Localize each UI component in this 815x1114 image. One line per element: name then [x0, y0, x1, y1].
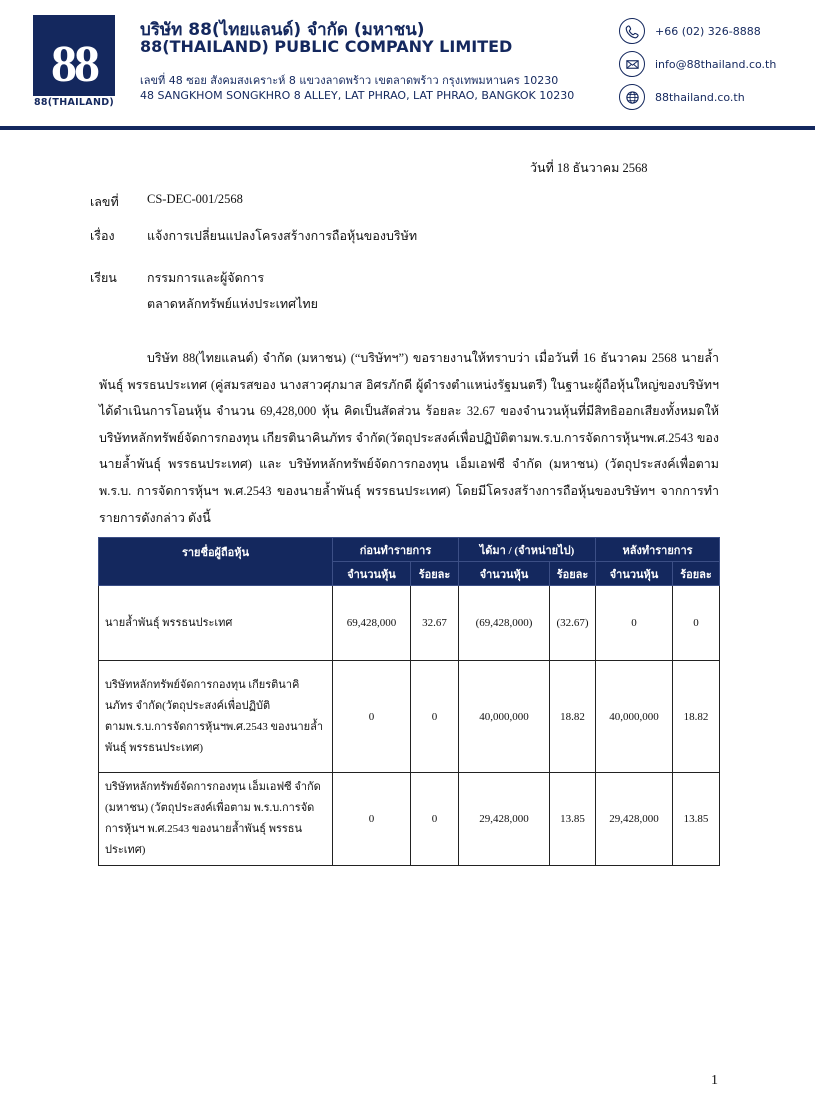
before-percent: 0	[411, 661, 459, 773]
before-percent: 32.67	[411, 586, 459, 661]
recipient-line-2: ตลาดหลักทรัพย์แห่งประเทศไทย	[147, 294, 318, 314]
after-shares: 40,000,000	[596, 661, 673, 773]
table-row: บริษัทหลักทรัพย์จัดการกองทุน เอ็มเอฟซี จ…	[99, 773, 720, 866]
contact-email: info@88thailand.co.th	[619, 51, 776, 77]
contact-website: 88thailand.co.th	[619, 84, 745, 110]
subject-label: เรื่อง	[90, 226, 115, 246]
phone-icon	[619, 18, 645, 44]
logo-caption: 88(THAILAND)	[31, 97, 117, 108]
change-percent: 18.82	[550, 661, 596, 773]
header-after: หลังทำรายการ	[596, 538, 720, 562]
after-shares: 0	[596, 586, 673, 661]
phone-text: +66 (02) 326-8888	[655, 25, 761, 38]
subheader-shares: จำนวนหุ้น	[333, 562, 411, 586]
change-shares: (69,428,000)	[459, 586, 550, 661]
address-en: 48 SANGKHOM SONGKHRO 8 ALLEY, LAT PHRAO,…	[140, 89, 574, 102]
shareholder-name: นายล้ำพันธุ์ พรรธนประเทศ	[99, 586, 333, 661]
subheader-percent: ร้อยละ	[411, 562, 459, 586]
company-name-en: 88(THAILAND) PUBLIC COMPANY LIMITED	[140, 37, 512, 56]
logo-number: 88	[33, 39, 115, 91]
letter-date: วันที่ 18 ธันวาคม 2568	[530, 158, 648, 178]
shareholder-name: บริษัทหลักทรัพย์จัดการกองทุน เอ็มเอฟซี จ…	[99, 773, 333, 866]
change-percent: 13.85	[550, 773, 596, 866]
shareholder-name: บริษัทหลักทรัพย์จัดการกองทุน เกียรตินาคิ…	[99, 661, 333, 773]
table-row: นายล้ำพันธุ์ พรรธนประเทศ 69,428,000 32.6…	[99, 586, 720, 661]
table-row: บริษัทหลักทรัพย์จัดการกองทุน เกียรตินาคิ…	[99, 661, 720, 773]
globe-icon	[619, 84, 645, 110]
recipient-line-1: กรรมการและผู้จัดการ	[147, 268, 264, 288]
header-divider	[0, 126, 815, 130]
header-before: ก่อนทำรายการ	[333, 538, 459, 562]
after-shares: 29,428,000	[596, 773, 673, 866]
after-percent: 0	[673, 586, 720, 661]
header-shareholder: รายชื่อผู้ถือหุ้น	[99, 538, 333, 586]
company-logo: 88	[33, 15, 115, 96]
ref-number: CS-DEC-001/2568	[147, 192, 243, 207]
address-th: เลขที่ 48 ซอย สังคมสงเคราะห์ 8 แขวงลาดพร…	[140, 71, 558, 89]
to-label: เรียน	[90, 268, 117, 288]
before-shares: 0	[333, 661, 411, 773]
ref-label: เลขที่	[90, 192, 119, 212]
before-shares: 0	[333, 773, 411, 866]
subject-text: แจ้งการเปลี่ยนแปลงโครงสร้างการถือหุ้นของ…	[147, 226, 417, 246]
page-number: 1	[711, 1073, 718, 1089]
mail-icon	[619, 51, 645, 77]
body-paragraph: บริษัท 88(ไทยแลนด์) จำกัด (มหาชน) (“บริษ…	[99, 345, 719, 531]
website-link[interactable]: 88thailand.co.th	[655, 91, 745, 104]
change-shares: 29,428,000	[459, 773, 550, 866]
before-shares: 69,428,000	[333, 586, 411, 661]
shareholding-table: รายชื่อผู้ถือหุ้น ก่อนทำรายการ ได้มา / (…	[98, 537, 720, 866]
subheader-shares: จำนวนหุ้น	[596, 562, 673, 586]
email-link[interactable]: info@88thailand.co.th	[655, 58, 776, 71]
contact-phone: +66 (02) 326-8888	[619, 18, 761, 44]
subheader-percent: ร้อยละ	[673, 562, 720, 586]
before-percent: 0	[411, 773, 459, 866]
change-shares: 40,000,000	[459, 661, 550, 773]
after-percent: 13.85	[673, 773, 720, 866]
subheader-shares: จำนวนหุ้น	[459, 562, 550, 586]
body-text: บริษัท 88(ไทยแลนด์) จำกัด (มหาชน) (“บริษ…	[99, 351, 719, 525]
change-percent: (32.67)	[550, 586, 596, 661]
header-change: ได้มา / (จำหน่ายไป)	[459, 538, 596, 562]
after-percent: 18.82	[673, 661, 720, 773]
subheader-percent: ร้อยละ	[550, 562, 596, 586]
